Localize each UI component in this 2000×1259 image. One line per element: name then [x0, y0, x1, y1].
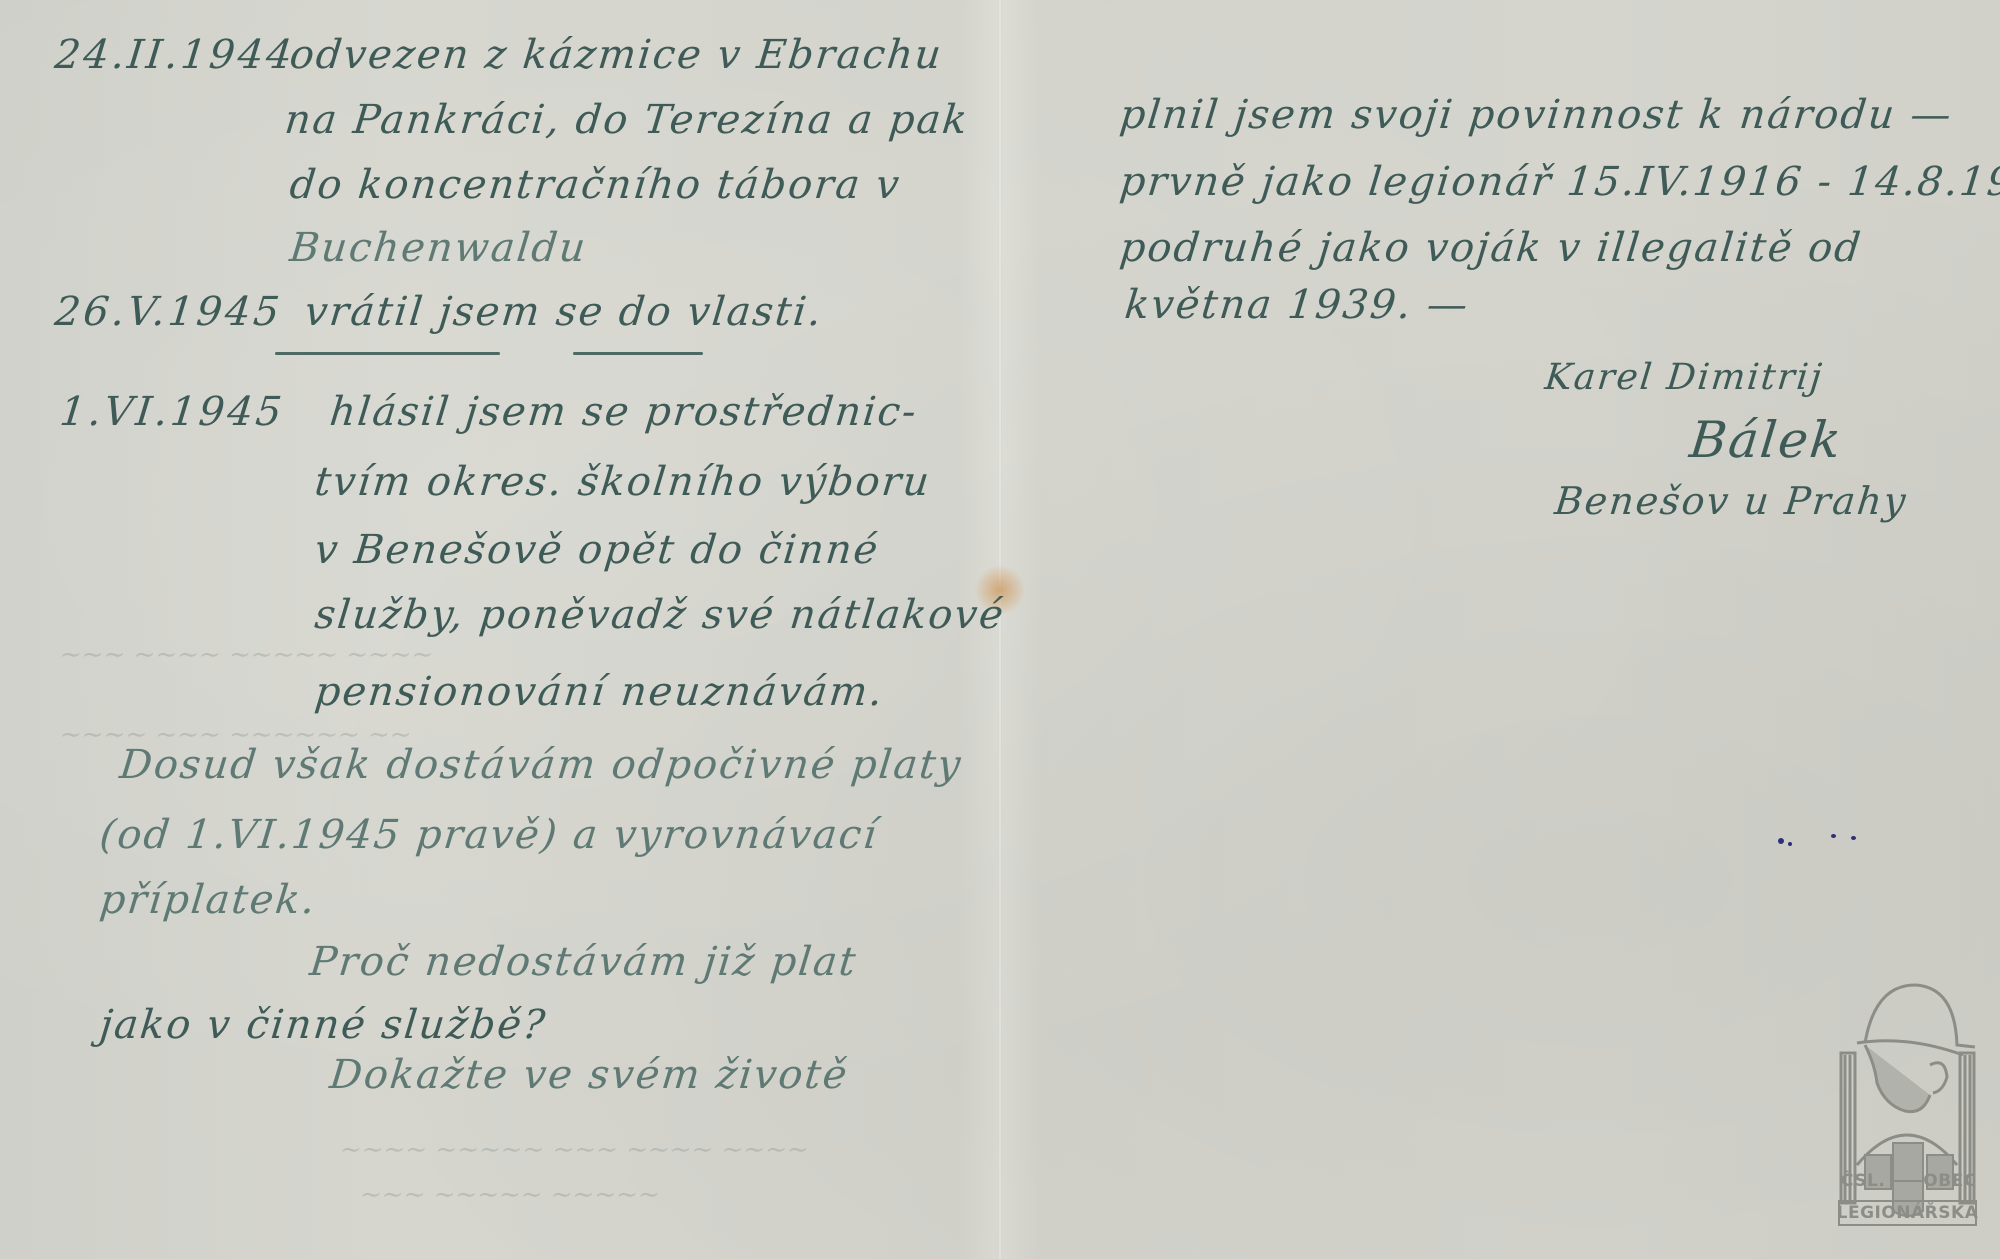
- entry-date: 1.VI.1945: [58, 392, 287, 432]
- bleed-through-text: ~~~ ~~~~~ ~~~~~: [358, 1180, 662, 1210]
- paragraph-line: Dosud však dostávám odpočivné platy: [118, 745, 964, 785]
- entry-line: hlásil jsem se prostřednic-: [328, 392, 920, 432]
- letter-line: prvně jako legionář 15.IV.1916 - 14.8.19…: [1118, 162, 2000, 202]
- stamp-text-legionarska: LEGIONÁŘSKÁ: [1835, 1203, 1980, 1223]
- entry-line: Buchenwaldu: [288, 228, 589, 268]
- paragraph-line: Proč nedostávám již plat: [308, 942, 859, 982]
- paragraph-line: (od 1.VI.1945 pravě) a vyrovnávací: [98, 815, 880, 855]
- bleed-through-text: ~~~~ ~~~~~ ~~~ ~~~~ ~~~~: [338, 1135, 811, 1165]
- entry-line: v Benešově opět do činné: [313, 530, 882, 570]
- ink-dot: [1778, 838, 1784, 844]
- stamp-text-obec: OBEC: [1921, 1171, 1979, 1191]
- legion-logo-stamp: ČSL. OBEC LEGIONÁŘSKÁ: [1835, 965, 1980, 1227]
- signature-name: Karel Dimitrij: [1543, 360, 1825, 396]
- letter-line: května 1939. —: [1123, 285, 1471, 325]
- underline: [275, 352, 500, 355]
- entry-line: tvím okres. školního výboru: [313, 462, 933, 502]
- paragraph-line: Dokažte ve svém životě: [328, 1055, 851, 1095]
- ink-dot: [1788, 842, 1792, 846]
- signature-surname: Bálek: [1687, 415, 1845, 465]
- paragraph-line: příplatek.: [98, 880, 319, 920]
- entry-line: vrátil jsem se do vlasti.: [303, 292, 825, 332]
- entry-date: 26.V.1945: [53, 292, 284, 332]
- paragraph-line: jako v činné službě?: [98, 1005, 549, 1045]
- bleed-through-text: ~~~ ~~~~ ~~~~~ ~~~~: [58, 640, 436, 670]
- signature-place: Benešov u Prahy: [1553, 482, 1909, 520]
- letter-line: podruhé jako voják v illegalitě od: [1118, 228, 1864, 268]
- entry-line: služby, poněvadž své nátlakové: [313, 595, 1007, 635]
- ink-dot: [1831, 834, 1836, 838]
- stamp-text-csl: ČSL.: [1835, 1171, 1901, 1191]
- letter-line: plnil jsem svoji povinnost k národu —: [1118, 95, 1955, 135]
- entry-line: odvezen z kázmice v Ebrachu: [288, 35, 945, 75]
- entry-line: pensionování neuznávám.: [313, 672, 886, 712]
- ink-dot: [1851, 836, 1856, 840]
- entry-date: 24.II.1944: [53, 35, 297, 75]
- entry-line: na Pankráci, do Terezína a pak: [283, 100, 971, 140]
- underline: [573, 352, 703, 355]
- entry-line: do koncentračního tábora v: [288, 165, 903, 205]
